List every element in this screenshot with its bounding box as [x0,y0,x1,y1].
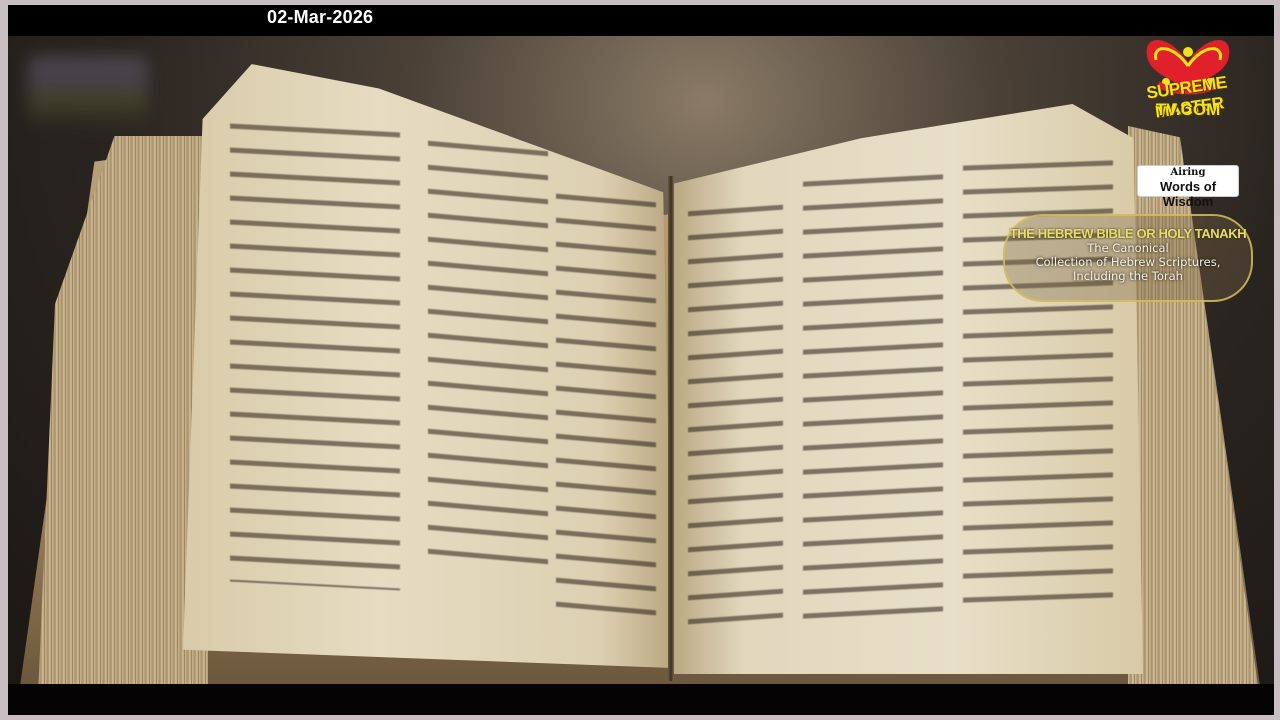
video-frame: 02-Mar-2026 [8,5,1274,715]
airing-label: Airing [1138,167,1238,179]
book-page-edges-left [38,136,208,684]
hebrew-text-column [428,129,548,579]
blurred-background-object [28,56,148,126]
hebrew-text-column [803,162,943,619]
hebrew-text-column [556,182,656,631]
book-page-edges-right [1128,126,1258,684]
hebrew-text-column [688,193,783,640]
caption-line: Including the Torah [1005,269,1251,283]
bottom-black-bar [8,684,1274,715]
caption-line: The Canonical [1005,241,1251,255]
caption-line: Collection of Hebrew Scriptures, [1005,255,1251,269]
hebrew-text-column [230,112,400,591]
book-scene [8,36,1274,684]
logo-text-domain: TV.COM [1118,100,1258,120]
airing-program-name: Words of Wisdom [1138,179,1238,209]
airing-badge: Airing Words of Wisdom [1137,165,1239,197]
caption-title: THE HEBREW BIBLE OR HOLY TANAKH [1005,226,1251,241]
top-black-bar: 02-Mar-2026 [8,5,1274,35]
caption-overlay: THE HEBREW BIBLE OR HOLY TANAKH The Cano… [1003,214,1253,302]
broadcast-date: 02-Mar-2026 [267,7,373,28]
book-gutter [668,176,674,681]
